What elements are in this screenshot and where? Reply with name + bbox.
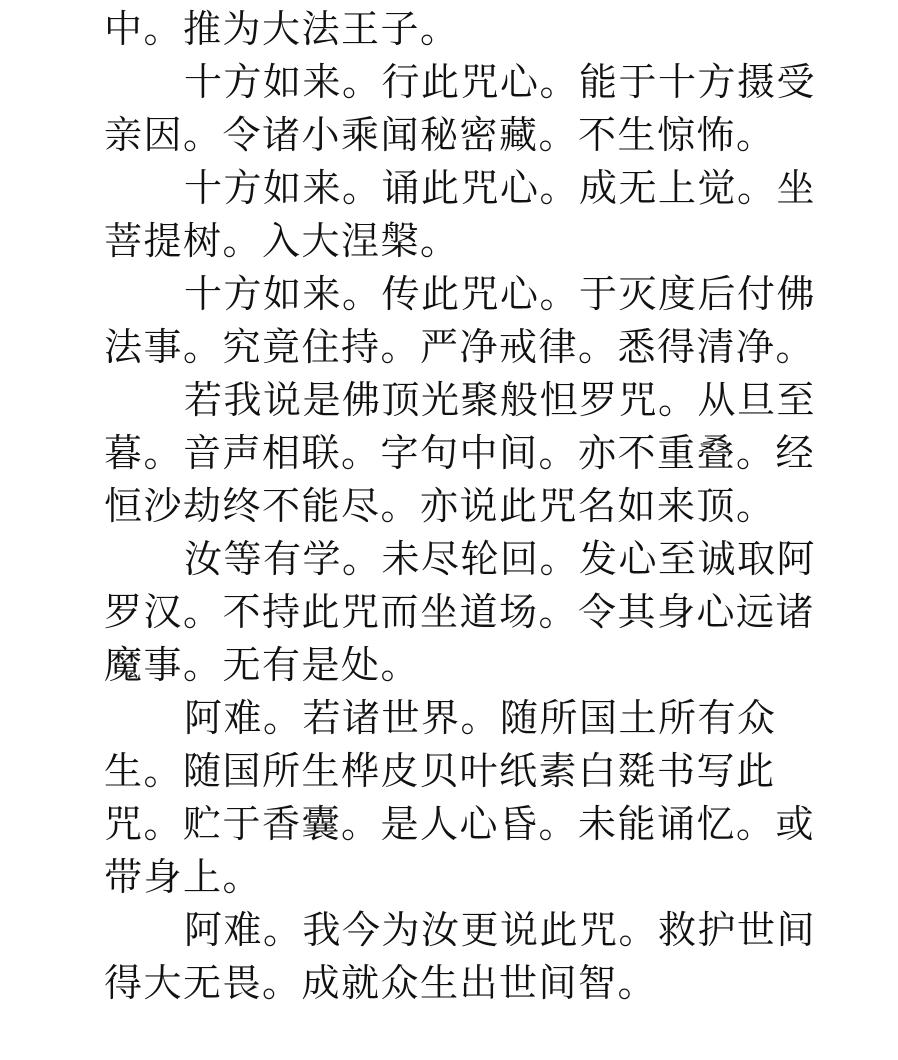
paragraph-start-line: 阿难。若诸世界。随所国土所有众 — [104, 692, 824, 745]
text-line: 带身上。 — [104, 851, 824, 904]
text-line: 生。随国所生桦皮贝叶纸素白毲书写此 — [104, 745, 824, 798]
text-line: 亲因。令诸小乘闻秘密藏。不生惊怖。 — [104, 109, 824, 162]
text-line: 中。推为大法王子。 — [104, 3, 824, 56]
text-line: 罗汉。不持此咒而坐道场。令其身心远诸 — [104, 586, 824, 639]
paragraph-start-line: 若我说是佛顶光聚般怛罗咒。从旦至 — [104, 374, 824, 427]
paragraph-start-line: 十方如来。诵此咒心。成无上觉。坐 — [104, 162, 824, 215]
text-line: 菩提树。入大涅槃。 — [104, 215, 824, 268]
paragraph-start-line: 汝等有学。未尽轮回。发心至诚取阿 — [104, 533, 824, 586]
document-page: 中。推为大法王子。 十方如来。行此咒心。能于十方摄受 亲因。令诸小乘闻秘密藏。不… — [104, 3, 824, 1010]
paragraph-start-line: 十方如来。行此咒心。能于十方摄受 — [104, 56, 824, 109]
text-line: 恒沙劫终不能尽。亦说此咒名如来顶。 — [104, 480, 824, 533]
text-line: 暮。音声相联。字句中间。亦不重叠。经 — [104, 427, 824, 480]
paragraph-start-line: 十方如来。传此咒心。于灭度后付佛 — [104, 268, 824, 321]
text-line: 法事。究竟住持。严净戒律。悉得清净。 — [104, 321, 824, 374]
text-line: 魔事。无有是处。 — [104, 639, 824, 692]
text-line: 咒。贮于香囊。是人心昏。未能诵忆。或 — [104, 798, 824, 851]
paragraph-start-line: 阿难。我今为汝更说此咒。救护世间 — [104, 904, 824, 957]
text-line: 得大无畏。成就众生出世间智。 — [104, 957, 824, 1010]
